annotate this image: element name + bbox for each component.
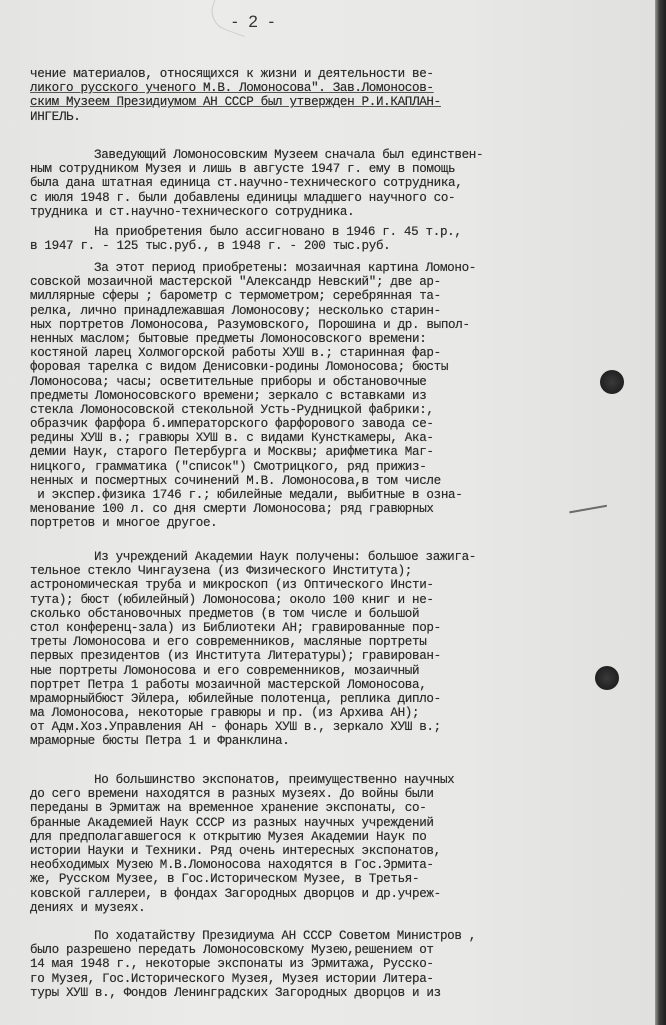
text-line: костяной ларец Холмогорской работы ХУШ в… [30,346,650,360]
text-line: чение материалов, относящихся к жизни и … [30,67,650,81]
text-line: предметы Ломоносовского времени; зеркало… [30,389,650,403]
text-line: астрономическая труба и микроскоп (из Оп… [30,578,650,592]
text-line: ных портретов Ломоносова, Разумовского, … [30,318,650,332]
paragraph-2: Заведующий Ломоносовским Музеем сначала … [30,148,650,219]
text-line: По ходатайству Президиума АН СССР Совето… [30,929,650,943]
paragraph-3: На приобретения было ассигновано в 1946 … [30,225,650,253]
text-line: ным сотрудником Музея и лишь в августе 1… [30,162,650,176]
text-line: было разрешено передать Ломоносовскому М… [30,943,650,957]
page-number: - 2 - [232,12,277,32]
text-line: туры ХУШ в., Фондов Ленинградских Загоро… [30,986,650,1000]
document-page: - 2 - чение материалов, относящихся к жи… [0,0,655,1025]
text-line: от Адм.Хоз.Управления АН - фонарь ХУШ в.… [30,720,650,734]
text-line: Но большинство экспонатов, преимуществен… [30,773,650,787]
text-line: для предполагавшегося к открытию Музея А… [30,830,650,844]
text-line: до сего времени находятся в разных музея… [30,787,650,801]
text-line: демии Наук, старого Петербурга и Москвы;… [30,445,650,459]
text-line: и экспер.физика 1746 г.; юбилейные медал… [30,488,650,502]
text-line: необходимых Музею М.В.Ломоносова находят… [30,858,650,872]
text-line: ные портреты Ломоносова и его современни… [30,664,650,678]
text-line: бранные Академией Наук СССР из разных на… [30,816,650,830]
text-line: Из учреждений Академии Наук получены: бо… [30,550,650,564]
text-line: ликого русского ученого М.В. Ломоносова"… [30,81,650,95]
text-line: мраморныйбюст Эйлера, юбилейные полотенц… [30,692,650,706]
text-line: менование 100 л. со дня смерти Ломоносов… [30,502,650,516]
text-line: дениях и музеях. [30,901,650,915]
text-line: в 1947 г. - 125 тыс.руб., в 1948 г. - 20… [30,239,650,253]
paragraph-5: Из учреждений Академии Наук получены: бо… [30,550,650,749]
text-line: го Музея, Гос.Исторического Музея, Музея… [30,972,650,986]
text-line: переданы в Эрмитаж на временное хранение… [30,801,650,815]
text-line: портрет Петра 1 работы мозаичной мастерс… [30,678,650,692]
text-line: ненных и посмертных сочинений М.В. Ломон… [30,474,650,488]
text-line: ИНГЕЛЬ. [30,110,650,124]
text-line: первых президентов (из Института Литерат… [30,649,650,663]
text-line: релка, лично принадлежавшая Ломоносову; … [30,304,650,318]
text-line: На приобретения было ассигновано в 1946 … [30,225,650,239]
text-line: стол конференц-зала) из Библиотеки АН; г… [30,621,650,635]
text-line: с июля 1948 г. были добавлены единицы мл… [30,191,650,205]
text-line: сколько обстановочных предметов (в том ч… [30,607,650,621]
paragraph-1: чение материалов, относящихся к жизни и … [30,67,650,124]
text-line: трудника и ст.научно-технического сотруд… [30,205,650,219]
text-line: тута); бюст (юбилейный) Ломоносова; окол… [30,593,650,607]
text-line: ковской галлереи, в фондах Загородных дв… [30,887,650,901]
text-line: За этот период приобретены: мозаичная ка… [30,261,650,275]
text-line: же, Русском Музее, в Гос.Историческом Му… [30,872,650,886]
text-line: образчик фарфора б.императорского фарфор… [30,417,650,431]
text-line: ским Музеем Президиумом АН СССР был утве… [30,95,650,109]
text-line: Заведующий Ломоносовским Музеем сначала … [30,148,650,162]
text-line: ненных маслом; бытовые предметы Ломоносо… [30,332,650,346]
text-line: ма Ломоносова, некоторые гравюры и пр. (… [30,706,650,720]
page-edge-shadow [655,0,666,1025]
text-line: портретов и многое другое. [30,516,650,530]
paragraph-6: Но большинство экспонатов, преимуществен… [30,773,650,915]
text-line: форовая тарелка с видом Денисовки-родины… [30,360,650,374]
text-line: 14 мая 1948 г., некоторые экспонаты из Э… [30,957,650,971]
text-line: была дана штатная единица ст.научно-техн… [30,176,650,190]
text-line: Ломоносова; часы; осветительные приборы … [30,375,650,389]
hole-punch-mark [600,370,624,394]
text-line: мраморные бюсты Петра 1 и Франклина. [30,734,650,748]
text-line: стекла Ломоносовской стекольной Усть-Руд… [30,403,650,417]
hole-punch-mark [595,666,619,690]
paragraph-4: За этот период приобретены: мозаичная ка… [30,261,650,531]
text-line: редины ХУШ в.; гравюры ХУШ в. с видами К… [30,431,650,445]
text-line: истории Науки и Техники. Ряд очень интер… [30,844,650,858]
text-line: тельное стекло Чингаузена (из Физическог… [30,564,650,578]
text-line: совской мозаичной мастерской "Александр … [30,275,650,289]
text-line: миллярные сферы ; барометр с термометром… [30,289,650,303]
paragraph-7: По ходатайству Президиума АН СССР Совето… [30,929,650,1000]
text-line: ницкого, грамматика ("список") Смотрицко… [30,460,650,474]
text-line: треты Ломоносова и его современников, ма… [30,635,650,649]
